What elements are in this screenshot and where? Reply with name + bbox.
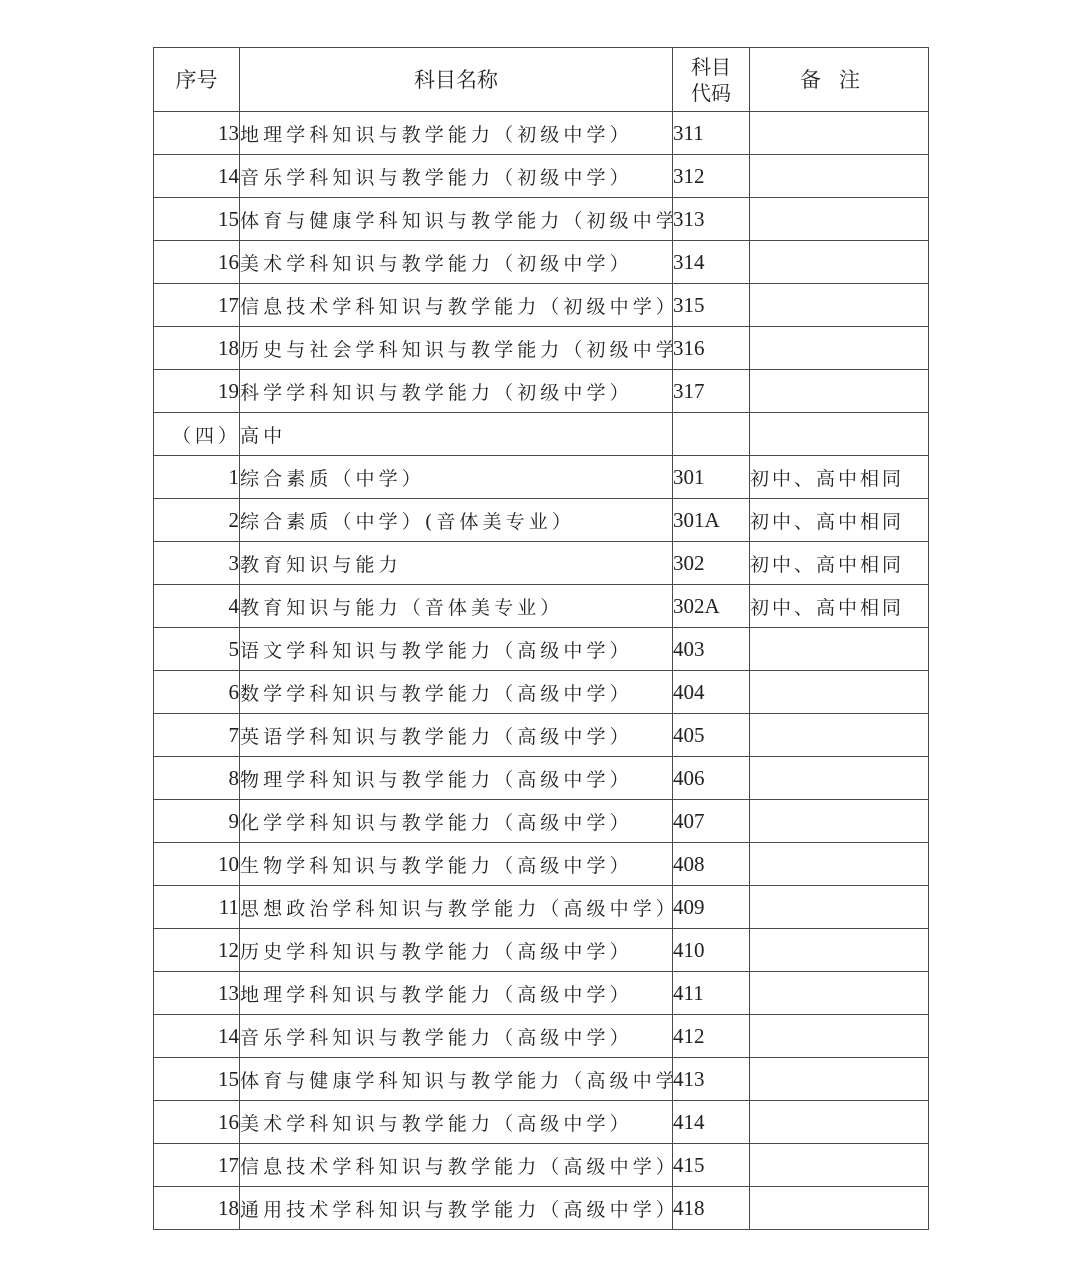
subject-name: 信息技术学科知识与教学能力（高级中学） — [240, 1144, 673, 1187]
subject-note: 初中、高中相同 — [750, 542, 929, 585]
row-number: 15 — [154, 1058, 240, 1101]
table-row: 15体育与健康学科知识与教学能力（高级中学）413 — [154, 1058, 929, 1101]
table-row: 13地理学科知识与教学能力（高级中学）411 — [154, 972, 929, 1015]
table-row: 18历史与社会学科知识与教学能力（初级中学）316 — [154, 327, 929, 370]
subject-name: 地理学科知识与教学能力（初级中学） — [240, 112, 673, 155]
row-number: 6 — [154, 671, 240, 714]
subject-name: 综合素质（中学）(音体美专业） — [240, 499, 673, 542]
row-number: 14 — [154, 155, 240, 198]
subject-note — [750, 800, 929, 843]
table-row: 8物理学科知识与教学能力（高级中学）406 — [154, 757, 929, 800]
subject-note — [750, 1144, 929, 1187]
row-number: 7 — [154, 714, 240, 757]
row-number: 15 — [154, 198, 240, 241]
subject-note — [750, 628, 929, 671]
row-number: 3 — [154, 542, 240, 585]
row-number: 1 — [154, 456, 240, 499]
subject-code: 405 — [673, 714, 750, 757]
subject-name: 历史与社会学科知识与教学能力（初级中学） — [240, 327, 673, 370]
subjects-table: 序号 科目名称 科目 代码 备注 13地理学科知识与教学能力（初级中学）3111… — [153, 47, 929, 1230]
subject-note — [750, 1015, 929, 1058]
subject-code: 317 — [673, 370, 750, 413]
subject-code: 413 — [673, 1058, 750, 1101]
subject-note — [750, 671, 929, 714]
subject-name: 美术学科知识与教学能力（初级中学） — [240, 241, 673, 284]
row-number: 14 — [154, 1015, 240, 1058]
table-row: 4教育知识与能力（音体美专业）302A初中、高中相同 — [154, 585, 929, 628]
subject-code: 415 — [673, 1144, 750, 1187]
subject-code: 302 — [673, 542, 750, 585]
subject-name: 科学学科知识与教学能力（初级中学） — [240, 370, 673, 413]
row-number: （四） — [154, 413, 240, 456]
subject-name: 数学学科知识与教学能力（高级中学） — [240, 671, 673, 714]
table-row: 14音乐学科知识与教学能力（高级中学）412 — [154, 1015, 929, 1058]
subject-note — [750, 241, 929, 284]
subject-code: 408 — [673, 843, 750, 886]
subject-code: 403 — [673, 628, 750, 671]
subject-name: 地理学科知识与教学能力（高级中学） — [240, 972, 673, 1015]
subject-name: 语文学科知识与教学能力（高级中学） — [240, 628, 673, 671]
subject-name: 教育知识与能力（音体美专业） — [240, 585, 673, 628]
table-row: 18通用技术学科知识与教学能力（高级中学）418 — [154, 1187, 929, 1230]
subject-code: 313 — [673, 198, 750, 241]
subject-code: 407 — [673, 800, 750, 843]
row-number: 13 — [154, 112, 240, 155]
table-row: 5语文学科知识与教学能力（高级中学）403 — [154, 628, 929, 671]
table-body: 13地理学科知识与教学能力（初级中学）31114音乐学科知识与教学能力（初级中学… — [154, 112, 929, 1230]
row-number: 13 — [154, 972, 240, 1015]
subject-code: 406 — [673, 757, 750, 800]
subject-note — [750, 843, 929, 886]
subject-note — [750, 929, 929, 972]
subject-note — [750, 413, 929, 456]
subject-code: 404 — [673, 671, 750, 714]
subject-code: 412 — [673, 1015, 750, 1058]
subject-name: 历史学科知识与教学能力（高级中学） — [240, 929, 673, 972]
subject-name: 体育与健康学科知识与教学能力（高级中学） — [240, 1058, 673, 1101]
row-number: 11 — [154, 886, 240, 929]
section-row: （四）高中 — [154, 413, 929, 456]
header-row: 序号 科目名称 科目 代码 备注 — [154, 48, 929, 112]
subject-name: 通用技术学科知识与教学能力（高级中学） — [240, 1187, 673, 1230]
subject-note: 初中、高中相同 — [750, 456, 929, 499]
subject-name: 体育与健康学科知识与教学能力（初级中学） — [240, 198, 673, 241]
subject-code — [673, 413, 750, 456]
subject-code: 411 — [673, 972, 750, 1015]
table-row: 12历史学科知识与教学能力（高级中学）410 — [154, 929, 929, 972]
subject-note — [750, 886, 929, 929]
table-row: 16美术学科知识与教学能力（高级中学）414 — [154, 1101, 929, 1144]
subject-code: 312 — [673, 155, 750, 198]
table-header: 序号 科目名称 科目 代码 备注 — [154, 48, 929, 112]
subject-code: 316 — [673, 327, 750, 370]
header-code-line2: 代码 — [673, 80, 749, 106]
subject-code: 414 — [673, 1101, 750, 1144]
subject-code: 314 — [673, 241, 750, 284]
row-number: 17 — [154, 284, 240, 327]
subject-code: 301 — [673, 456, 750, 499]
subject-name: 音乐学科知识与教学能力（初级中学） — [240, 155, 673, 198]
subject-note — [750, 714, 929, 757]
subject-code: 410 — [673, 929, 750, 972]
subject-name: 音乐学科知识与教学能力（高级中学） — [240, 1015, 673, 1058]
row-number: 10 — [154, 843, 240, 886]
row-number: 17 — [154, 1144, 240, 1187]
subject-note — [750, 112, 929, 155]
subject-note: 初中、高中相同 — [750, 499, 929, 542]
header-name: 科目名称 — [240, 48, 673, 112]
row-number: 9 — [154, 800, 240, 843]
table-row: 13地理学科知识与教学能力（初级中学）311 — [154, 112, 929, 155]
row-number: 2 — [154, 499, 240, 542]
header-code-line1: 科目 — [673, 54, 749, 80]
subject-note — [750, 198, 929, 241]
subject-code: 409 — [673, 886, 750, 929]
table-row: 11思想政治学科知识与教学能力（高级中学）409 — [154, 886, 929, 929]
subject-note — [750, 327, 929, 370]
row-number: 12 — [154, 929, 240, 972]
table-row: 3教育知识与能力302初中、高中相同 — [154, 542, 929, 585]
table-row: 15体育与健康学科知识与教学能力（初级中学）313 — [154, 198, 929, 241]
subject-name: 教育知识与能力 — [240, 542, 673, 585]
subject-code: 301A — [673, 499, 750, 542]
subject-name: 信息技术学科知识与教学能力（初级中学） — [240, 284, 673, 327]
header-note: 备注 — [750, 48, 929, 112]
table-row: 16美术学科知识与教学能力（初级中学）314 — [154, 241, 929, 284]
row-number: 5 — [154, 628, 240, 671]
subject-code: 315 — [673, 284, 750, 327]
table-row: 9化学学科知识与教学能力（高级中学）407 — [154, 800, 929, 843]
table-row: 2综合素质（中学）(音体美专业）301A初中、高中相同 — [154, 499, 929, 542]
row-number: 18 — [154, 327, 240, 370]
subject-note — [750, 284, 929, 327]
subject-name: 综合素质（中学） — [240, 456, 673, 499]
subject-note — [750, 1101, 929, 1144]
table-row: 6数学学科知识与教学能力（高级中学）404 — [154, 671, 929, 714]
subject-note — [750, 757, 929, 800]
subject-name: 英语学科知识与教学能力（高级中学） — [240, 714, 673, 757]
table-row: 17信息技术学科知识与教学能力（高级中学）415 — [154, 1144, 929, 1187]
table-row: 1综合素质（中学）301初中、高中相同 — [154, 456, 929, 499]
table-row: 19科学学科知识与教学能力（初级中学）317 — [154, 370, 929, 413]
subject-code: 311 — [673, 112, 750, 155]
table-row: 7英语学科知识与教学能力（高级中学）405 — [154, 714, 929, 757]
subject-name: 物理学科知识与教学能力（高级中学） — [240, 757, 673, 800]
table-row: 14音乐学科知识与教学能力（初级中学）312 — [154, 155, 929, 198]
subject-note — [750, 972, 929, 1015]
row-number: 18 — [154, 1187, 240, 1230]
row-number: 19 — [154, 370, 240, 413]
subject-note — [750, 1058, 929, 1101]
subject-note — [750, 155, 929, 198]
subject-name: 化学学科知识与教学能力（高级中学） — [240, 800, 673, 843]
subject-name: 高中 — [240, 413, 673, 456]
header-no: 序号 — [154, 48, 240, 112]
subject-note — [750, 370, 929, 413]
row-number: 8 — [154, 757, 240, 800]
subject-name: 思想政治学科知识与教学能力（高级中学） — [240, 886, 673, 929]
row-number: 16 — [154, 241, 240, 284]
subject-name: 生物学科知识与教学能力（高级中学） — [240, 843, 673, 886]
subject-note — [750, 1187, 929, 1230]
subject-note: 初中、高中相同 — [750, 585, 929, 628]
row-number: 4 — [154, 585, 240, 628]
subject-code: 302A — [673, 585, 750, 628]
header-code: 科目 代码 — [673, 48, 750, 112]
table-row: 17信息技术学科知识与教学能力（初级中学）315 — [154, 284, 929, 327]
subject-code: 418 — [673, 1187, 750, 1230]
subject-name: 美术学科知识与教学能力（高级中学） — [240, 1101, 673, 1144]
table-row: 10生物学科知识与教学能力（高级中学）408 — [154, 843, 929, 886]
row-number: 16 — [154, 1101, 240, 1144]
